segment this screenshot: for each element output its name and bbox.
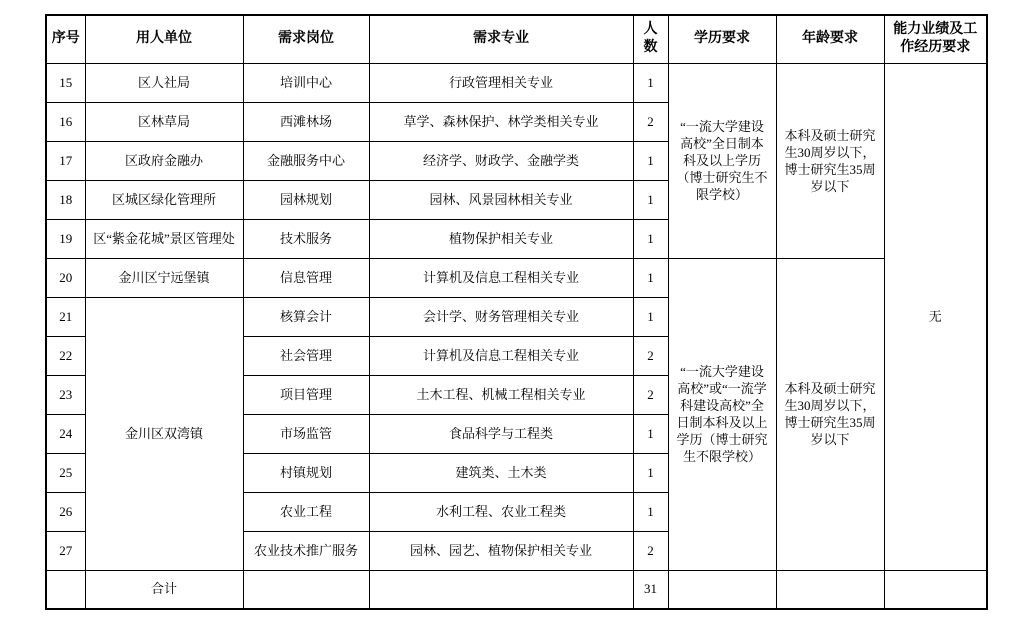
cell-no: 25: [46, 453, 85, 492]
edu-requirement-cell-block2: “一流大学建设高校”或“一流学科建设高校”全日制本科及以上学历（博士研究生不限学…: [668, 258, 776, 570]
cell-position: 项目管理: [243, 375, 369, 414]
cell-no: 20: [46, 258, 85, 297]
cell-no: 23: [46, 375, 85, 414]
total-position-cell-empty: [243, 570, 369, 609]
col-header-education: 学历要求: [668, 15, 776, 63]
cell-major: 园林、园艺、植物保护相关专业: [369, 531, 633, 570]
cell-major: 食品科学与工程类: [369, 414, 633, 453]
cell-employer: 区政府金融办: [85, 141, 243, 180]
cell-count: 2: [633, 102, 668, 141]
col-header-no: 序号: [46, 15, 85, 63]
cell-position: 核算会计: [243, 297, 369, 336]
total-age-cell-empty: [776, 570, 884, 609]
cell-position: 信息管理: [243, 258, 369, 297]
cell-no: 24: [46, 414, 85, 453]
total-ability-cell-empty: [884, 570, 987, 609]
cell-position: 技术服务: [243, 219, 369, 258]
cell-no: 16: [46, 102, 85, 141]
cell-employer: 区人社局: [85, 63, 243, 102]
total-label-cell: 合计: [85, 570, 243, 609]
cell-count: 1: [633, 297, 668, 336]
cell-count: 1: [633, 141, 668, 180]
cell-position: 市场监管: [243, 414, 369, 453]
cell-major: 草学、森林保护、林学类相关专业: [369, 102, 633, 141]
cell-no: 21: [46, 297, 85, 336]
cell-major: 植物保护相关专业: [369, 219, 633, 258]
cell-count: 2: [633, 531, 668, 570]
edu-requirement-cell-block1: “一流大学建设高校”全日制本科及以上学历（博士研究生不限学校）: [668, 63, 776, 258]
total-no-cell-empty: [46, 570, 85, 609]
col-header-age: 年龄要求: [776, 15, 884, 63]
cell-no: 17: [46, 141, 85, 180]
cell-major: 行政管理相关专业: [369, 63, 633, 102]
cell-major: 经济学、财政学、金融学类: [369, 141, 633, 180]
cell-position: 村镇规划: [243, 453, 369, 492]
cell-major: 园林、风景园林相关专业: [369, 180, 633, 219]
col-header-major: 需求专业: [369, 15, 633, 63]
cell-count: 1: [633, 258, 668, 297]
cell-count: 2: [633, 336, 668, 375]
recruitment-table: 序号 用人单位 需求岗位 需求专业 人数 学历要求 年龄要求 能力业绩及工作经历…: [45, 14, 988, 610]
cell-position: 培训中心: [243, 63, 369, 102]
cell-position: 西滩林场: [243, 102, 369, 141]
cell-position: 农业技术推广服务: [243, 531, 369, 570]
cell-no: 27: [46, 531, 85, 570]
ability-requirement-cell: 无: [884, 63, 987, 570]
total-major-cell-empty: [369, 570, 633, 609]
cell-count: 1: [633, 414, 668, 453]
cell-major: 建筑类、土木类: [369, 453, 633, 492]
cell-employer-merged: 金川区双湾镇: [85, 297, 243, 570]
cell-position: 社会管理: [243, 336, 369, 375]
total-edu-cell-empty: [668, 570, 776, 609]
cell-major: 计算机及信息工程相关专业: [369, 258, 633, 297]
table-row: 15 区人社局 培训中心 行政管理相关专业 1 “一流大学建设高校”全日制本科及…: [46, 63, 987, 102]
age-requirement-cell-block1: 本科及硕士研究生30周岁以下，博士研究生35周岁以下: [776, 63, 884, 258]
cell-count: 1: [633, 219, 668, 258]
cell-position: 园林规划: [243, 180, 369, 219]
age-requirement-cell-block2: 本科及硕士研究生30周岁以下，博士研究生35周岁以下: [776, 258, 884, 570]
cell-employer: 金川区宁远堡镇: [85, 258, 243, 297]
page: 序号 用人单位 需求岗位 需求专业 人数 学历要求 年龄要求 能力业绩及工作经历…: [0, 0, 1030, 636]
col-header-position: 需求岗位: [243, 15, 369, 63]
cell-no: 22: [46, 336, 85, 375]
cell-employer: 区“紫金花城”景区管理处: [85, 219, 243, 258]
total-row: 合计 31: [46, 570, 987, 609]
col-header-ability: 能力业绩及工作经历要求: [884, 15, 987, 63]
cell-no: 26: [46, 492, 85, 531]
cell-major: 水利工程、农业工程类: [369, 492, 633, 531]
total-count-cell: 31: [633, 570, 668, 609]
cell-no: 15: [46, 63, 85, 102]
col-header-count: 人数: [633, 15, 668, 63]
cell-major: 会计学、财务管理相关专业: [369, 297, 633, 336]
cell-position: 金融服务中心: [243, 141, 369, 180]
header-row: 序号 用人单位 需求岗位 需求专业 人数 学历要求 年龄要求 能力业绩及工作经历…: [46, 15, 987, 63]
cell-employer: 区城区绿化管理所: [85, 180, 243, 219]
cell-major: 土木工程、机械工程相关专业: [369, 375, 633, 414]
cell-count: 2: [633, 375, 668, 414]
cell-no: 19: [46, 219, 85, 258]
cell-count: 1: [633, 63, 668, 102]
cell-count: 1: [633, 492, 668, 531]
cell-no: 18: [46, 180, 85, 219]
table-row: 20 金川区宁远堡镇 信息管理 计算机及信息工程相关专业 1 “一流大学建设高校…: [46, 258, 987, 297]
cell-count: 1: [633, 180, 668, 219]
cell-count: 1: [633, 453, 668, 492]
col-header-employer: 用人单位: [85, 15, 243, 63]
cell-position: 农业工程: [243, 492, 369, 531]
cell-major: 计算机及信息工程相关专业: [369, 336, 633, 375]
cell-employer: 区林草局: [85, 102, 243, 141]
